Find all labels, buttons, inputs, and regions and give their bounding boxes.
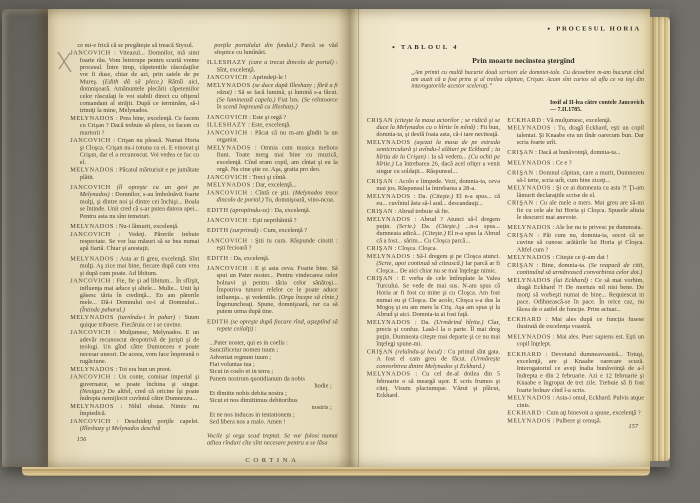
right-page: ●PROCESUL HORIA ●TABLOUL 4 Prin moarte n… <box>350 9 650 467</box>
left-page-column-1: ce mi-e frică că se pregăteşte să treacă… <box>70 42 199 433</box>
dialogue-entry: CRIŞAN : Abrud trebuie să fie. <box>367 208 500 215</box>
scene-title: Prin moarte necinstea ştergînd <box>403 57 644 64</box>
dialogue-entry: JANCOVICH : Eşti neprihănită ? <box>207 217 338 224</box>
right-page-edges <box>650 17 670 461</box>
dialogue-entry: MELYNADOS (turnîndu-i în pahar) : Suum q… <box>70 314 199 328</box>
speaker-name: JANCOVICH <box>207 265 248 272</box>
dialogue-entry: MELYNADOS : Nu-i lămurit, excelenţă. <box>70 223 199 230</box>
speaker-name: JANCOVICH <box>70 374 111 381</box>
speaker-name: ECKHARD <box>507 316 541 323</box>
dialogue-entry: CRIŞAN : E vorba de cele întîmplate la V… <box>367 275 500 318</box>
speaker-name: MELYNADOS <box>70 223 114 230</box>
dialogue-entry: JANCOVICH : Ştii tu cum. Răspunde cinsti… <box>207 238 338 252</box>
text-paragraph: hodie ; <box>207 383 338 390</box>
text-paragraph: ...Pater noster, qui es in coelis : <box>207 340 338 347</box>
dialogue-entry: ECKHARD : Mai ales după ce funcţia fuses… <box>507 316 644 330</box>
text-paragraph: Sed libera nos a malo. Amen ! <box>207 419 338 426</box>
speaker-name: CRIŞAN <box>507 149 533 156</box>
dialogue-entry: ILLESHAZY (care a trecut dincolo de port… <box>207 59 338 73</box>
speaker-name: MELYNADOS <box>507 395 551 402</box>
speaker-name: MELYNADOS <box>367 216 411 223</box>
attribution-line2: — 7.II.1785. <box>550 106 582 113</box>
speaker-name: CRIŞAN <box>367 275 393 282</box>
open-book: ce mi-e frică că se pregăteşte să treacă… <box>2 9 670 467</box>
dialogue-entry: CRIŞAN : Bine, domnia-ta. (Se reapucă de… <box>507 262 644 276</box>
epigraph-attribution: Iosif al II-lea către contele Jancovich … <box>411 99 644 113</box>
speaker-name: JANCOVICH <box>70 329 111 336</box>
dialogue-entry: MELYNADOS : Abrud ? Atunci să-l dregem p… <box>367 216 500 245</box>
speaker-name: EDITH <box>207 227 229 234</box>
speaker-name: MELYNADOS <box>507 125 551 132</box>
dialogue-entry: CRIŞAN (citeşte la masa actorilor ; se r… <box>367 117 500 139</box>
speaker-name: MELYNADOS <box>367 193 411 200</box>
text-paragraph: Panem nostrum quotidianum da nobis <box>207 376 338 383</box>
speaker-name: CRIŞAN <box>367 178 393 185</box>
dialogue-entry: MELYNADOS (lui Eckhard) : Ce să mai vorb… <box>507 277 644 313</box>
speaker-name: MELYNADOS <box>207 145 251 152</box>
speaker-name: EDITH <box>207 319 229 326</box>
text-paragraph: CORTINA <box>207 457 338 464</box>
dialogue-entry: JANCOVICH : Păcat că nu m-am gîndit la u… <box>207 130 338 144</box>
page-number-right: 157 <box>629 423 638 430</box>
speaker-name: ILLESHAZY <box>207 122 247 129</box>
text-paragraph: Adveniat regnum tuum ; <box>207 354 338 361</box>
speaker-name: MELYNADOS <box>207 82 251 89</box>
dialogue-entry: MELYNADOS : Ce e ? <box>507 160 644 167</box>
speaker-name: JANCOVICH <box>70 50 111 57</box>
speaker-name: MELYNADOS <box>507 334 551 341</box>
dialogue-entry: JANCOVICH : Vedeţi. Părerile trebuie res… <box>70 231 199 253</box>
dialogue-entry: MELYNADOS : Şi ce ai dumneata cu asta ?!… <box>507 185 644 199</box>
speaker-name: MELYNADOS <box>70 256 114 263</box>
speaker-name: MELYNADOS <box>70 403 114 410</box>
dialogue-entry: EDITH (se opreşte după fiecare rînd, aşt… <box>207 319 338 333</box>
dialogue-entry: MELYNADOS : Să-l dregem şi pe Cloşca atu… <box>367 253 500 275</box>
speaker-name: MELYNADOS <box>367 319 411 326</box>
dialogue-entry: MELYNADOS : Tu, dragă Eckhard, eşti un c… <box>507 125 644 147</box>
speaker-name: CRIŞAN <box>507 200 533 207</box>
dialogue-entry: JANCOVICH : Un conte, comisar imperial ş… <box>70 374 199 403</box>
speaker-name: JANCOVICH <box>207 238 248 245</box>
dialogue-entry: MELYNADOS : Dar, excelenţă... <box>207 182 338 189</box>
dialogue-entry: MELYNADOS (se duce după Illeshazy ; fără… <box>207 82 338 111</box>
dialogue-entry: JANCOVICH : Viteazul... Domnilor, mă sim… <box>70 50 199 115</box>
left-page-content: ce mi-e frică că se pregăteşte să treacă… <box>48 9 350 467</box>
dialogue-entry: MELYNADOS : Da. (Citeşte.) El n-a spus..… <box>367 193 500 207</box>
dialogue-entry: MELYNADOS : Citeşte ce ţi-am dat ! <box>507 254 644 261</box>
speaker-name: JANCOVICH <box>207 74 248 81</box>
dialogue-entry: JANCOVICH : Treci şi cîntă. <box>207 174 338 181</box>
dialogue-entry: EDITH (apropiindu-se) : Da, excelenţă. <box>207 207 338 214</box>
speaker-name: MELYNADOS <box>70 115 114 122</box>
text-paragraph: ce mi-e frică că se pregăteşte să treacă… <box>70 42 199 49</box>
speaker-name: ILLESHAZY <box>207 59 247 66</box>
text-paragraph: Fiat voluntas tua ; <box>207 361 338 368</box>
speaker-name: MELYNADOS <box>367 371 411 378</box>
tableau-heading: ●TABLOUL 4 <box>392 44 459 51</box>
left-page: ce mi-e frică că se pregăteşte să treacă… <box>48 9 350 467</box>
speaker-name: JANCOVICH <box>207 174 248 181</box>
dialogue-entry: MELYNADOS : Asta-i omul, Eckhard. Pulvis… <box>507 395 644 409</box>
speaker-name: CRIŞAN <box>507 170 533 177</box>
dialogue-entry: JANCOVICH : Aprindeţi-le ! <box>207 74 338 81</box>
epigraph: „Am primit cu multă bucurie două scrisor… <box>411 69 644 90</box>
dialogue-entry: MELYNADOS : Prea bine, excelenţă. Ce fac… <box>70 115 199 137</box>
dialogue-entry: JANCOVICH : Crişan nu pleacă. Numai Hori… <box>70 137 199 166</box>
dialogue-entry: MELYNADOS : Păcatul mărturisit e pe jumă… <box>70 167 199 181</box>
text-paragraph: Et dimitte nobis debita nostra ; <box>207 390 338 397</box>
speaker-name: JANCOVICH <box>207 190 248 197</box>
photo-of-open-book: { "book": { "colors": { "backdrop": "#6e… <box>0 0 700 503</box>
dialogue-entry: CRIŞAN (reluîndu-şi locul) : Cu primul s… <box>367 349 500 371</box>
dialogue-entry: MELYNADOS : Asta ar fi greu, excelenţă. … <box>70 256 199 278</box>
right-page-column-1: CRIŞAN (citeşte la masa actorilor ; se r… <box>367 117 500 400</box>
dialogue-entry: JANCOVICH : Mulţumesc, Melynados. E un a… <box>70 329 199 365</box>
speaker-name: EDITH <box>207 207 229 214</box>
dialogue-entry: MELYNADOS : Ale lor nu te privesc pe dum… <box>507 224 644 231</box>
speaker-name: CRIŞAN <box>507 232 533 239</box>
dialogue-entry: CRIŞAN : Domnul căpitan, care a murit, D… <box>507 170 644 184</box>
dialogue-entry: MELYNADOS : Tot era bun un preot. <box>70 366 199 373</box>
speaker-name: MELYNADOS <box>207 182 251 189</box>
bullet-icon: ● <box>547 26 550 31</box>
left-page-edges <box>2 9 48 467</box>
dialogue-entry: ECKHARD : Cum aţi binevoit a spune, exce… <box>507 410 644 417</box>
dialogue-entry: MELYNADOS : Omnia cum musica meliora fiu… <box>207 145 338 174</box>
speaker-name: JANCOVICH <box>70 231 111 238</box>
text-paragraph: Sicut in coelo et in terra ; <box>207 368 338 375</box>
dialogue-entry: JANCOVICH : Este şi orgă ? <box>207 114 338 121</box>
bottom-page-edges <box>22 467 650 476</box>
speaker-name: MELYNADOS <box>507 160 551 167</box>
text-paragraph: Sanctificetur nomen tuum ; <box>207 347 338 354</box>
dialogue-entry: ECKHARD : Devotatul dumneavoastră... Tot… <box>507 351 644 394</box>
speaker-name: CRIŞAN <box>507 262 533 269</box>
speaker-name: CRIŞAN <box>367 349 393 356</box>
dialogue-entry: ILLESHAZY : Este, excelenţă. <box>207 122 338 129</box>
speaker-name: JANCOVICH <box>70 137 111 144</box>
dialogue-entry: EDITH (surprinsă) : Cum, excelenţă ? <box>207 227 338 234</box>
speaker-name: MELYNADOS <box>367 139 411 146</box>
speaker-name: JANCOVICH <box>70 418 111 425</box>
right-page-column-2: ECKHARD : Vă mulţumesc, excelenţă.MELYNA… <box>507 117 644 425</box>
left-page-column-2: porţile portalului din fundal.) Parcă se… <box>207 42 338 464</box>
dialogue-entry: JANCOVICH : E şi asta ceva. Foarte bine.… <box>207 265 338 315</box>
speaker-name: JANCOVICH <box>207 217 248 224</box>
speaker-name: MELYNADOS <box>70 366 114 373</box>
tableau-label: TABLOUL 4 <box>401 44 459 51</box>
dialogue-entry: CRIŞAN : Păi cum nu, domnia-ta, socot că… <box>507 232 644 254</box>
speaker-name: MELYNADOS <box>367 253 411 260</box>
attribution-line1: Iosif al II-lea către contele Jancovich <box>550 99 644 106</box>
speaker-name: ECKHARD <box>507 410 541 417</box>
text-paragraph: Sicut et nos dimittimus debitoribus <box>207 397 338 404</box>
speaker-name: MELYNADOS <box>507 185 551 192</box>
dialogue-entry: MELYNADOS (aşezat la masa de pe estrada … <box>367 139 500 175</box>
speaker-name: MELYNADOS <box>507 418 551 425</box>
running-head: ●PROCESUL HORIA <box>547 25 641 32</box>
speaker-name: JANCOVICH <box>70 278 111 285</box>
dialogue-entry: CRIŞAN : Cu ale mele a mers. Mai greu ar… <box>507 200 644 222</box>
dialogue-entry: MELYNADOS : Mai ales. Puer sapiens est. … <box>507 334 644 348</box>
speaker-name: CRIŞAN <box>367 245 393 252</box>
bullet-icon: ● <box>392 44 395 49</box>
speaker-name: MELYNADOS <box>507 254 551 261</box>
speaker-name: EDITH <box>207 255 229 262</box>
text-paragraph: nostris ; <box>207 404 338 411</box>
speaker-name: ECKHARD <box>507 351 541 358</box>
dialogue-entry: EDITH : Da, excelenţă. <box>207 255 338 262</box>
speaker-name: JANCOVICH <box>70 184 111 191</box>
dialogue-entry: JANCOVICH : Cîntă ce ştii. (Melynados tr… <box>207 190 338 204</box>
speaker-name: MELYNADOS <box>70 167 114 174</box>
speaker-name: CRIŞAN <box>367 117 393 124</box>
dialogue-entry: MELYNADOS : Nihil obstat. Nimic nu împie… <box>70 403 199 417</box>
dialogue-entry: MELYNADOS : Da. (Urmărind hîrtia.) Clar,… <box>367 319 500 348</box>
text-paragraph: Et ne nos inducas in tentationem ; <box>207 412 338 419</box>
running-head-text: PROCESUL HORIA <box>556 25 641 32</box>
dialogue-entry: JANCOVICH : Deschideţi porţile capelei. … <box>70 418 199 432</box>
speaker-name: JANCOVICH <box>207 130 248 137</box>
dialogue-entry: JANCOVICH : Fie, fie şi ad libitum... În… <box>70 278 199 314</box>
dialogue-entry: CRIŞAN : Cloşca. Cloşca. <box>367 245 500 252</box>
right-page-content: ●PROCESUL HORIA ●TABLOUL 4 Prin moarte n… <box>350 9 650 467</box>
speaker-name: JANCOVICH <box>207 114 248 121</box>
dialogue-entry: MELYNADOS : Pulbere şi cenuşă. <box>507 418 644 425</box>
dialogue-entry: CRIŞAN : Acolo e limpede. Vezi, domnia-t… <box>367 178 500 192</box>
text-paragraph: porţile portalului din fundal.) Parcă se… <box>207 42 338 56</box>
page-crease <box>358 9 359 467</box>
speaker-name: MELYNADOS <box>507 224 551 231</box>
speaker-name: MELYNADOS <box>70 314 114 321</box>
dialogue-entry: CRIŞAN : Dacă ai bunăvoinţă, domnia-ta..… <box>507 149 644 156</box>
dialogue-entry: MELYNADOS : Cu cel de-al doilea din 5 fe… <box>367 371 500 400</box>
speaker-name: ECKHARD <box>507 117 541 124</box>
speaker-name: MELYNADOS <box>507 277 551 284</box>
dialogue-entry: JANCOVICH (îl opreşte cu un gest pe Mely… <box>70 184 199 220</box>
text-paragraph: Vocile şi orga scad treptat. Se vor folo… <box>207 433 338 447</box>
speaker-name: CRIŞAN <box>367 208 393 215</box>
dialogue-entry: ECKHARD : Vă mulţumesc, excelenţă. <box>507 117 644 124</box>
page-number-left: 156 <box>77 436 86 443</box>
